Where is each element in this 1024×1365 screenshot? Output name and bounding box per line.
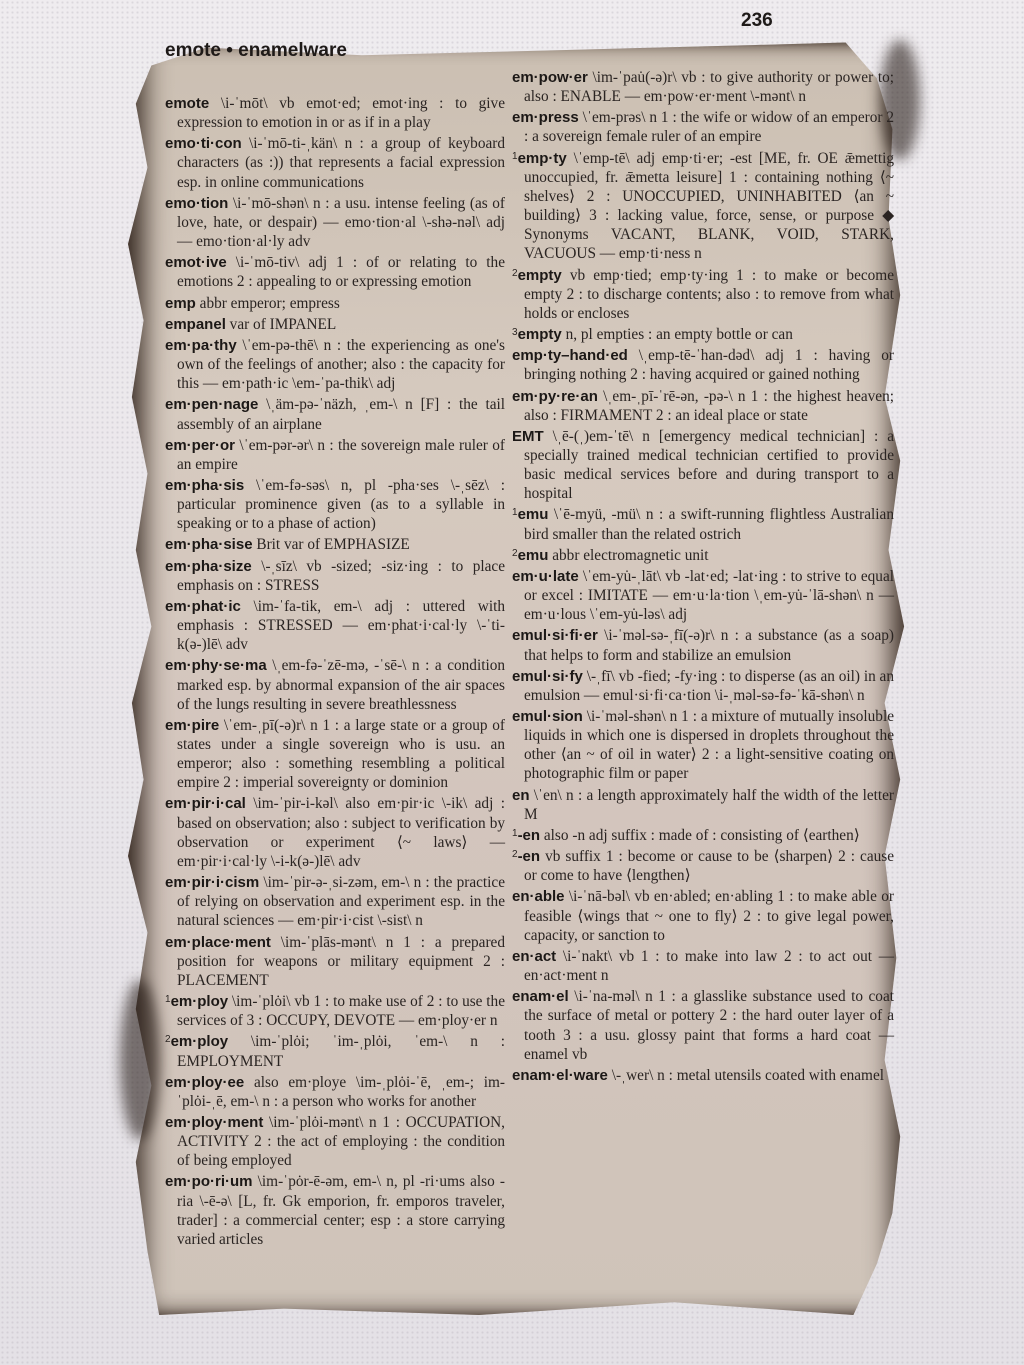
definition: \-ˌwer\ n : metal utensils coated with e…: [608, 1067, 884, 1084]
headword: emul·si·fy: [512, 668, 583, 685]
dictionary-entry: em·pir·i·cism \im-ˈpir-ə-ˌsi-zəm, em-\ n…: [165, 871, 505, 930]
definition: n, pl empties : an empty bottle or can: [562, 326, 793, 343]
dictionary-entry: 2emu abbr electromagnetic unit: [512, 544, 894, 565]
dictionary-entry: em·pa·thy \ˈem-pə-thē\ n : the experienc…: [165, 334, 505, 393]
dictionary-entry: empanel var of IMPANEL: [165, 313, 505, 334]
headword: em·pir·i·cism: [165, 874, 259, 891]
dictionary-entry: enam·el·ware \-ˌwer\ n : metal utensils …: [512, 1064, 894, 1085]
headword: em·po·ri·um: [165, 1173, 253, 1190]
headword: empty: [518, 267, 562, 284]
dictionary-entry: EMT \ˌē-(ˌ)em-ˈtē\ n [emergency medical …: [512, 425, 894, 504]
dictionary-entry: emot·ive \i-ˈmō-tiv\ adj 1 : of or relat…: [165, 251, 505, 291]
dictionary-entry: 2empty vb emp·tied; emp·ty·ing 1 : to ma…: [512, 264, 894, 323]
definition: \i-ˈmōt\ vb emot·ed; emot·ing : to give …: [177, 95, 505, 131]
headword: emo·tion: [165, 195, 228, 212]
headword: empty: [518, 326, 562, 343]
definition: \ˈem-prəs\ n 1 : the wife or widow of an…: [524, 109, 894, 145]
headword: em·phy·se·ma: [165, 657, 267, 674]
headword: empanel: [165, 316, 226, 333]
left-column: emote \i-ˈmōt\ vb emot·ed; emot·ing : to…: [165, 92, 505, 1249]
dictionary-entry: em·pha·size \-ˌsīz\ vb -sized; -siz·ing …: [165, 555, 505, 595]
headword: em·place·ment: [165, 934, 271, 951]
definition: vb suffix 1 : become or cause to be ⟨sha…: [524, 848, 894, 884]
definition: \i-ˈnā-bəl\ vb en·abled; en·abling 1 : t…: [524, 888, 894, 943]
headword: emul·si·fi·er: [512, 627, 598, 644]
definition: vb emp·tied; emp·ty·ing 1 : to make or b…: [524, 267, 894, 322]
dictionary-entry: em·pha·sise Brit var of EMPHASIZE: [165, 533, 505, 554]
dictionary-entry: em·ploy·ee also em·ploye \im-ˌplȯi-ˈē, ˌ…: [165, 1071, 505, 1111]
definition: \i-ˈna-məl\ n 1 : a glasslike substance …: [524, 988, 894, 1062]
headword: em·pen·nage: [165, 396, 258, 413]
dictionary-entry: emul·si·fi·er \i-ˈməl-sə-ˌfī(-ə)r\ n : a…: [512, 624, 894, 664]
definition: \i-ˈmō-tiv\ adj 1 : of or relating to th…: [177, 254, 505, 290]
dictionary-entry: em·place·ment \im-ˈplās-mənt\ n 1 : a pr…: [165, 931, 505, 990]
right-column: em·pow·er \im-ˈpau̇(-ə)r\ vb : to give a…: [512, 66, 894, 1085]
headword: emu: [518, 506, 549, 523]
headword: en: [512, 787, 530, 804]
dictionary-entry: em·pen·nage \ˌäm-pə-ˈnäzh, ˌem-\ n [F] :…: [165, 393, 505, 433]
headword: emot·ive: [165, 254, 227, 271]
headword: em·pir·i·cal: [165, 795, 246, 812]
definition: var of IMPANEL: [226, 316, 336, 333]
headword: em·pa·thy: [165, 337, 237, 354]
headword: em·pow·er: [512, 69, 588, 86]
dictionary-entry: em·phat·ic \im-ˈfa-tik, em-\ adj : utter…: [165, 595, 505, 654]
headword: emu: [518, 547, 549, 564]
headword: em·pire: [165, 717, 219, 734]
definition: \ˈē-myü, -mü\ n : a swift-running flight…: [524, 506, 894, 542]
headword: en·able: [512, 888, 565, 905]
dictionary-entry: en·able \i-ˈnā-bəl\ vb en·abled; en·abli…: [512, 885, 894, 944]
dictionary-entry: em·press \ˈem-prəs\ n 1 : the wife or wi…: [512, 106, 894, 146]
dictionary-entry: em·pir·i·cal \im-ˈpir-i-kəl\ also em·pir…: [165, 792, 505, 871]
guide-words: emote • enamelware: [165, 40, 347, 62]
headword: em·phat·ic: [165, 598, 241, 615]
definition: \ˈemp-tē\ adj emp·ti·er; -est [ME, fr. O…: [524, 150, 894, 263]
headword: enam·el: [512, 988, 569, 1005]
dictionary-entry: em·phy·se·ma \ˌem-fə-ˈzē-mə, -ˈsē-\ n : …: [165, 654, 505, 713]
headword: emul·sion: [512, 708, 583, 725]
headword: em·ploy: [171, 1033, 229, 1050]
dictionary-entry: emp·ty–hand·ed \ˌemp-tē-ˈhan-dəd\ adj 1 …: [512, 344, 894, 384]
headword: emp·ty–hand·ed: [512, 347, 628, 364]
headword: em·u·late: [512, 568, 579, 585]
dictionary-entry: 2-en vb suffix 1 : become or cause to be…: [512, 845, 894, 885]
dictionary-entry: 1em·ploy \im-ˈplȯi\ vb 1 : to make use o…: [165, 990, 505, 1030]
headword: em·press: [512, 109, 579, 126]
dictionary-entry: 2em·ploy \im-ˈplȯi; ˈim-ˌplȯi, ˈem-\ n :…: [165, 1030, 505, 1070]
dictionary-entry: em·per·or \ˈem-pər-ər\ n : the sovereign…: [165, 434, 505, 474]
definition: Brit var of EMPHASIZE: [253, 536, 410, 553]
dictionary-entry: em·ploy·ment \im-ˈplȯi-mənt\ n 1 : OCCUP…: [165, 1111, 505, 1170]
definition: abbr electromagnetic unit: [548, 547, 708, 564]
dictionary-entry: 1emp·ty \ˈemp-tē\ adj emp·ti·er; -est [M…: [512, 147, 894, 264]
headword: em·pha·sis: [165, 477, 244, 494]
dictionary-entry: emote \i-ˈmōt\ vb emot·ed; emot·ing : to…: [165, 92, 505, 132]
headword: -en: [518, 827, 541, 844]
definition: \ˈem-yu̇-ˌlāt\ vb -lat·ed; -lat·ing : to…: [524, 568, 894, 623]
page-number: 236: [741, 10, 773, 32]
dictionary-entry: em·pire \ˈem-ˌpī(-ə)r\ n 1 : a large sta…: [165, 714, 505, 793]
definition: \ˈen\ n : a length approximately half th…: [524, 787, 894, 823]
definition: \i-ˈnakt\ vb 1 : to make into law 2 : to…: [524, 948, 894, 984]
headword: enam·el·ware: [512, 1067, 608, 1084]
dictionary-entry: em·py·re·an \ˌem-ˌpī-ˈrē-ən, -pə-\ n 1 :…: [512, 385, 894, 425]
headword: em·ploy: [171, 993, 229, 1010]
scorch-mark: [120, 980, 160, 1140]
dictionary-entry: 3empty n, pl empties : an empty bottle o…: [512, 323, 894, 344]
headword: EMT: [512, 428, 544, 445]
headword: emo·ti·con: [165, 135, 242, 152]
definition: abbr emperor; empress: [196, 295, 340, 312]
dictionary-entry: enam·el \i-ˈna-məl\ n 1 : a glasslike su…: [512, 985, 894, 1064]
dictionary-entry: emo·tion \i-ˈmō-shən\ n : a usu. intense…: [165, 192, 505, 251]
headword: em·ploy·ment: [165, 1114, 263, 1131]
dictionary-entry: 1-en also -n adj suffix : made of : cons…: [512, 824, 894, 845]
dictionary-entry: emp abbr emperor; empress: [165, 292, 505, 313]
dictionary-entry: emul·si·fy \-ˌfī\ vb -fied; -fy·ing : to…: [512, 665, 894, 705]
dictionary-entry: em·pha·sis \ˈem-fə-səs\ n, pl -pha·ses \…: [165, 474, 505, 533]
dictionary-entry: em·u·late \ˈem-yu̇-ˌlāt\ vb -lat·ed; -la…: [512, 565, 894, 624]
headword: em·ploy·ee: [165, 1074, 244, 1091]
headword: emp·ty: [518, 150, 567, 167]
dictionary-entry: em·pow·er \im-ˈpau̇(-ə)r\ vb : to give a…: [512, 66, 894, 106]
dictionary-entry: emul·sion \i-ˈməl-shən\ n 1 : a mixture …: [512, 705, 894, 784]
dictionary-entry: em·po·ri·um \im-ˈpȯr-ē-əm, em-\ n, pl -r…: [165, 1170, 505, 1249]
dictionary-entry: emo·ti·con \i-ˈmō-ti-ˌkän\ n : a group o…: [165, 132, 505, 191]
headword: em·pha·sise: [165, 536, 253, 553]
headword: emote: [165, 95, 209, 112]
headword: em·py·re·an: [512, 388, 598, 405]
dictionary-entry: 1emu \ˈē-myü, -mü\ n : a swift-running f…: [512, 503, 894, 543]
headword: em·pha·size: [165, 558, 252, 575]
headword: en·act: [512, 948, 556, 965]
headword: em·per·or: [165, 437, 235, 454]
dictionary-entry: en \ˈen\ n : a length approximately half…: [512, 784, 894, 824]
headword: emp: [165, 295, 196, 312]
definition: also -n adj suffix : made of : consistin…: [540, 827, 860, 844]
definition: \ˈem-ˌpī(-ə)r\ n 1 : a large state or a …: [177, 717, 505, 791]
dictionary-entry: en·act \i-ˈnakt\ vb 1 : to make into law…: [512, 945, 894, 985]
definition: \ˌē-(ˌ)em-ˈtē\ n [emergency medical tech…: [524, 428, 894, 502]
headword: -en: [518, 848, 541, 865]
